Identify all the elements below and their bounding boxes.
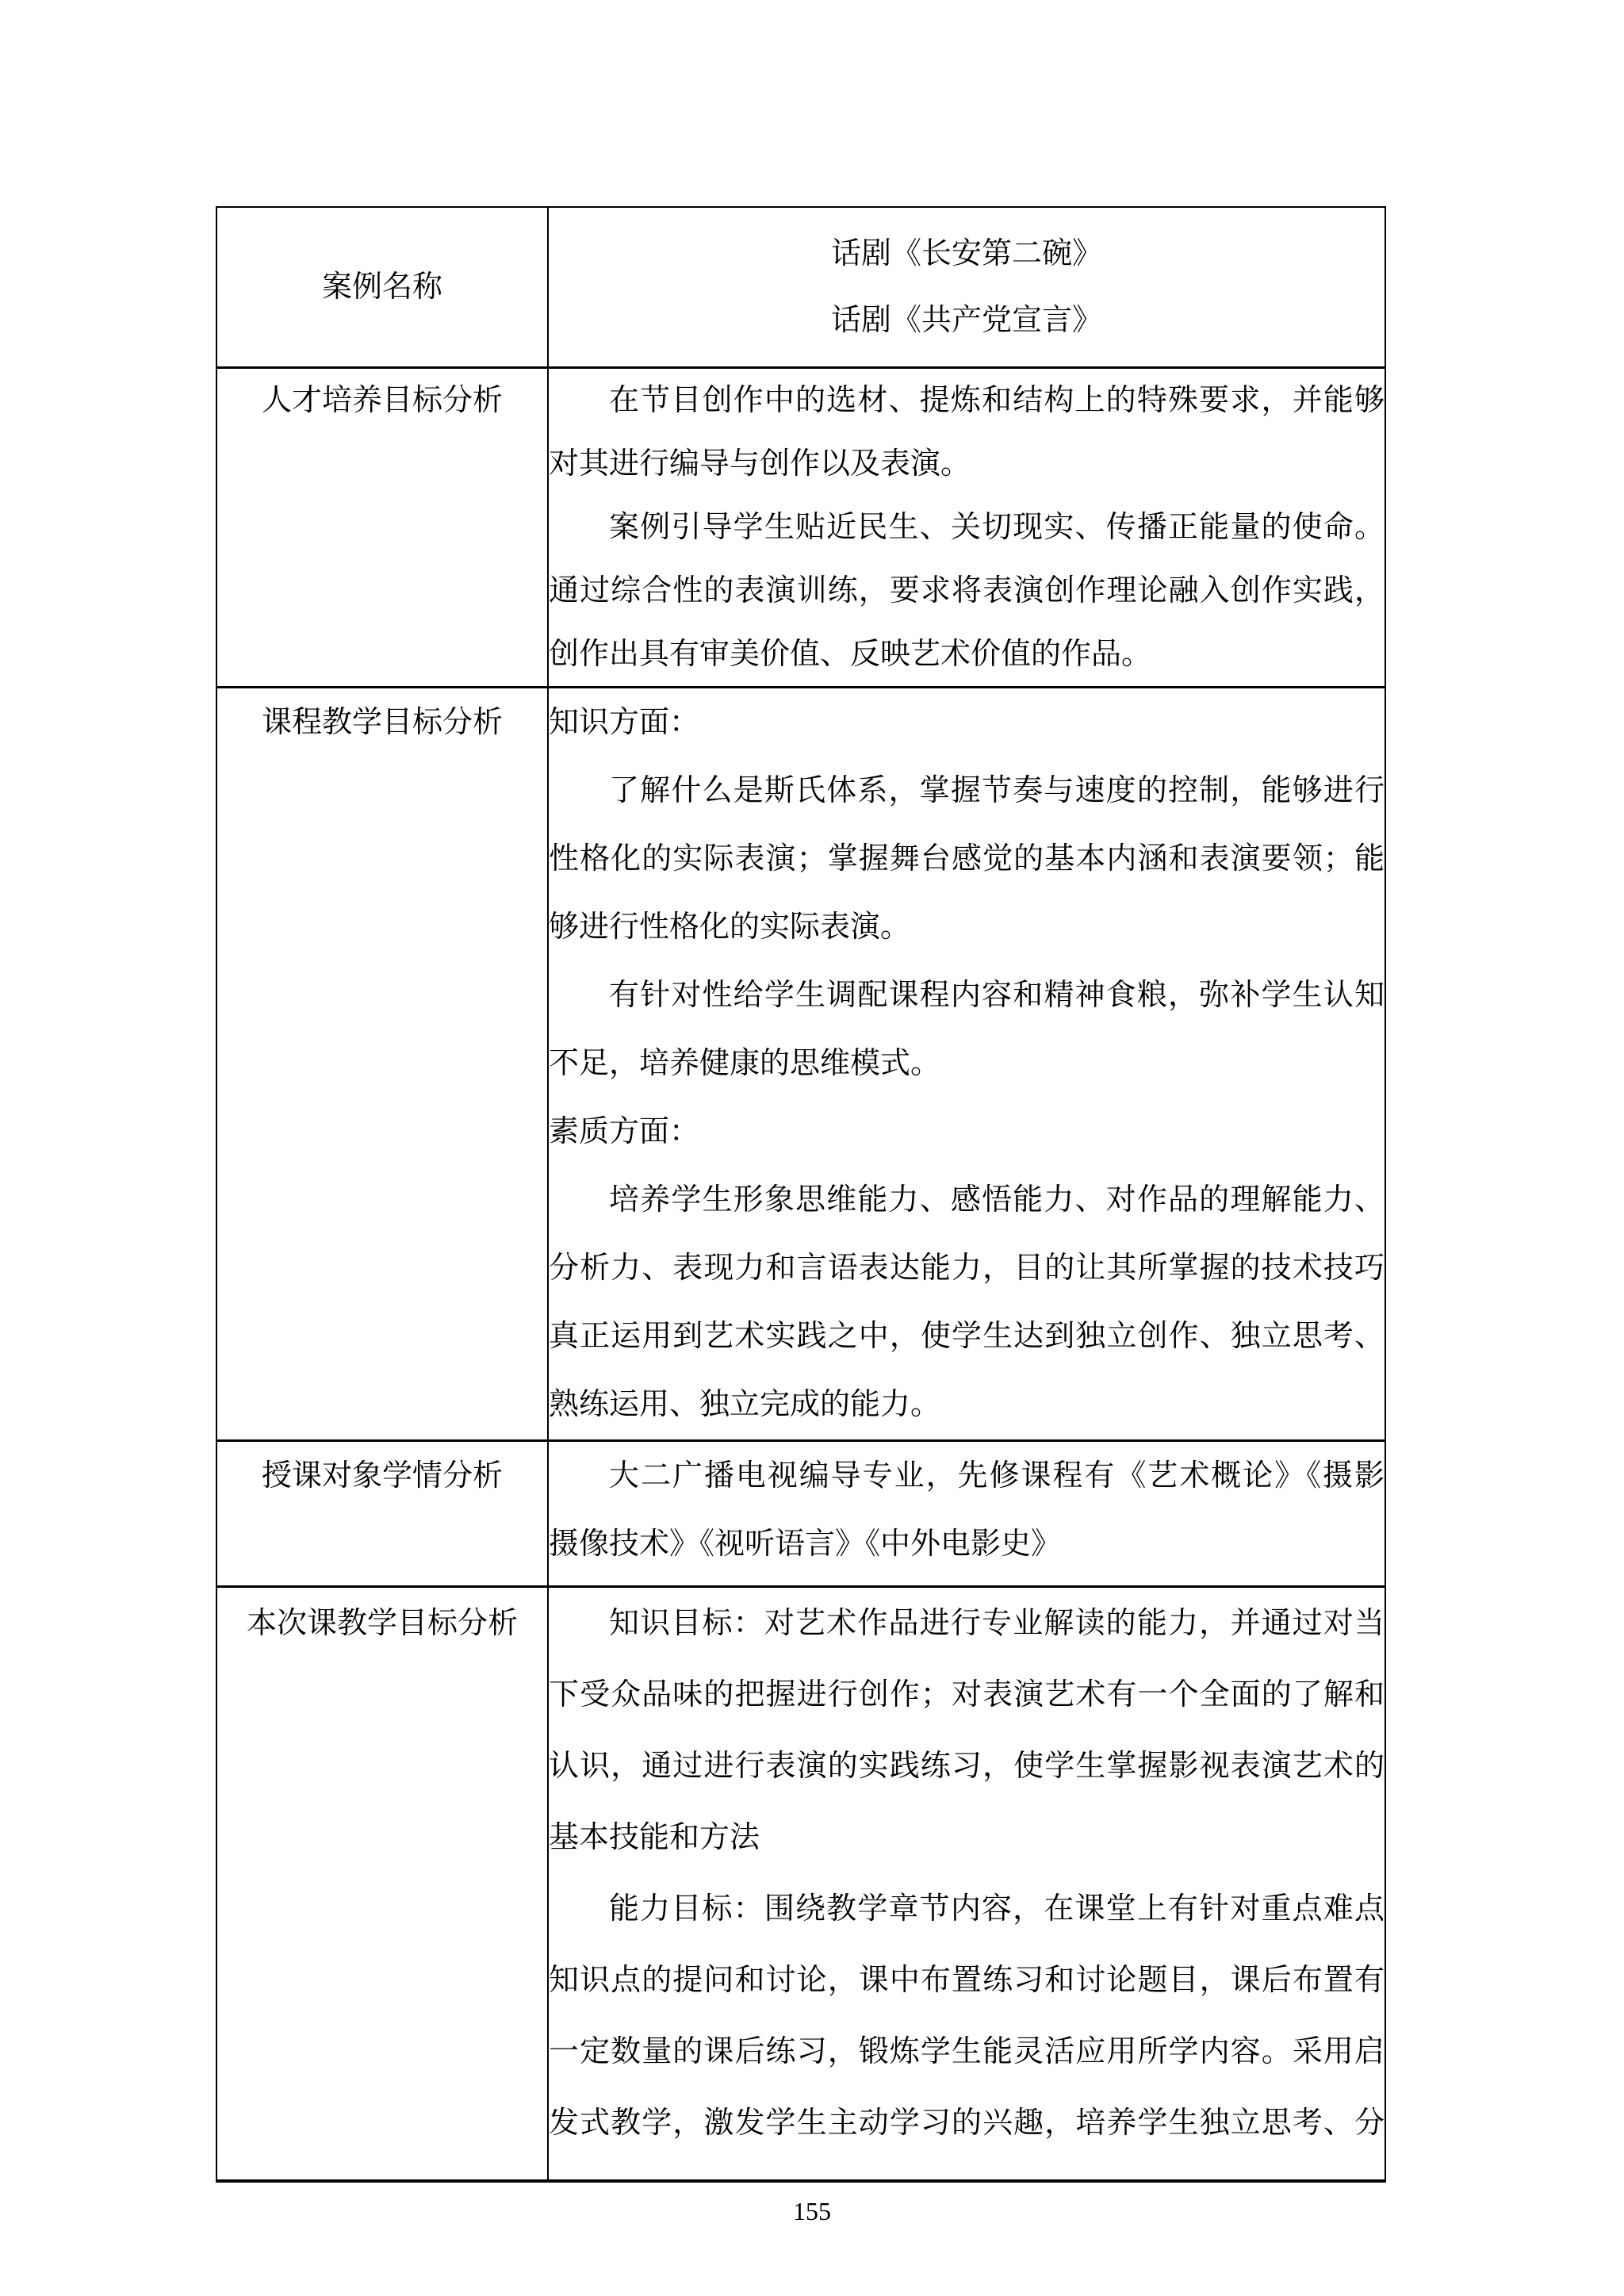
row-label: 授课对象学情分析: [217, 1442, 547, 1510]
table-row-talent-goal-analysis: 人才培养目标分析 在节目创作中的选材、提炼和结构上的特殊要求，并能够 对其进行编…: [216, 367, 1385, 687]
text-line: 分析力、表现力和言语表达能力，目的让其所掌握的技术技巧: [549, 1234, 1385, 1302]
row-label: 课程教学目标分析: [217, 688, 547, 757]
text-line: 性格化的实际表演；掌握舞台感觉的基本内涵和表演要领；能: [549, 825, 1385, 893]
text-line: 话剧《共产党宣言》: [549, 287, 1385, 354]
row-content-cell: 在节目创作中的选材、提炼和结构上的特殊要求，并能够 对其进行编导与创作以及表演。…: [548, 367, 1385, 687]
row-label-cell: 案例名称: [216, 207, 548, 367]
row-label: 本次课教学目标分析: [217, 1588, 547, 1659]
row-label-cell: 本次课教学目标分析: [216, 1586, 548, 2181]
row-content-cell: 大二广播电视编导专业，先修课程有《艺术概论》《摄影 摄像技术》《视听语言》《中外…: [548, 1440, 1385, 1586]
text-line: 基本技能和方法: [549, 1802, 1385, 1873]
row-content-cell: 知识目标：对艺术作品进行专业解读的能力，并通过对当 下受众品味的把握进行创作；对…: [548, 1586, 1385, 2181]
text-line: 摄像技术》《视听语言》《中外电影史》: [549, 1510, 1385, 1578]
text-line: 够进行性格化的实际表演。: [549, 893, 1385, 961]
table-row-case-name: 案例名称 话剧《长安第二碗》 话剧《共产党宣言》: [216, 207, 1385, 367]
text-line: 知识方面：: [549, 688, 1385, 757]
text-line: 发式教学，激发学生主动学习的兴趣，培养学生独立思考、分: [549, 2087, 1385, 2159]
page-number: 155: [0, 2195, 1624, 2227]
lesson-case-table: 案例名称 话剧《长安第二碗》 话剧《共产党宣言》 人才培养目标分析 在节目创作中…: [216, 206, 1386, 2183]
text-line: 下受众品味的把握进行创作；对表演艺术有一个全面的了解和: [549, 1659, 1385, 1731]
table-row-student-analysis: 授课对象学情分析 大二广播电视编导专业，先修课程有《艺术概论》《摄影 摄像技术》…: [216, 1440, 1385, 1586]
row-content-cell: 话剧《长安第二碗》 话剧《共产党宣言》: [548, 207, 1385, 367]
row-label-cell: 授课对象学情分析: [216, 1440, 548, 1586]
text-line: 有针对性给学生调配课程内容和精神食粮，弥补学生认知: [549, 961, 1385, 1029]
row-label: 案例名称: [217, 254, 547, 320]
text-line: 知识目标：对艺术作品进行专业解读的能力，并通过对当: [549, 1588, 1385, 1659]
text-line: 通过综合性的表演训练，要求将表演创作理论融入创作实践，: [549, 559, 1385, 623]
text-line: 知识点的提问和讨论，课中布置练习和讨论题目，课后布置有: [549, 1945, 1385, 2016]
table-row-course-goal-analysis: 课程教学目标分析 知识方面： 了解什么是斯氏体系，掌握节奏与速度的控制，能够进行…: [216, 687, 1385, 1440]
text-line: 素质方面：: [549, 1098, 1385, 1166]
table-row-lesson-goal-analysis: 本次课教学目标分析 知识目标：对艺术作品进行专业解读的能力，并通过对当 下受众品…: [216, 1586, 1385, 2181]
row-label-cell: 人才培养目标分析: [216, 367, 548, 687]
text-line: 真正运用到艺术实践之中，使学生达到独立创作、独立思考、: [549, 1302, 1385, 1370]
row-content-cell: 知识方面： 了解什么是斯氏体系，掌握节奏与速度的控制，能够进行 性格化的实际表演…: [548, 687, 1385, 1440]
text-line: 了解什么是斯氏体系，掌握节奏与速度的控制，能够进行: [549, 757, 1385, 825]
text-line: 在节目创作中的选材、提炼和结构上的特殊要求，并能够: [549, 369, 1385, 432]
text-line: 大二广播电视编导专业，先修课程有《艺术概论》《摄影: [549, 1442, 1385, 1510]
row-label: 人才培养目标分析: [217, 369, 547, 432]
row-label-cell: 课程教学目标分析: [216, 687, 548, 1440]
text-line: 熟练运用、独立完成的能力。: [549, 1370, 1385, 1439]
text-line: 能力目标：围绕教学章节内容，在课堂上有针对重点难点: [549, 1873, 1385, 1945]
text-line: 话剧《长安第二碗》: [549, 220, 1385, 287]
text-line: 认识，通过进行表演的实践练习，使学生掌握影视表演艺术的: [549, 1731, 1385, 1802]
text-line: 一定数量的课后练习，锻炼学生能灵活应用所学内容。采用启: [549, 2016, 1385, 2087]
text-line: 不足，培养健康的思维模式。: [549, 1029, 1385, 1098]
document-page: 案例名称 话剧《长安第二碗》 话剧《共产党宣言》 人才培养目标分析 在节目创作中…: [0, 0, 1624, 2296]
text-line: 培养学生形象思维能力、感悟能力、对作品的理解能力、: [549, 1166, 1385, 1234]
text-line: 对其进行编导与创作以及表演。: [549, 432, 1385, 496]
text-line: 创作出具有审美价值、反映艺术价值的作品。: [549, 623, 1385, 686]
text-line: 案例引导学生贴近民生、关切现实、传播正能量的使命。: [549, 496, 1385, 559]
